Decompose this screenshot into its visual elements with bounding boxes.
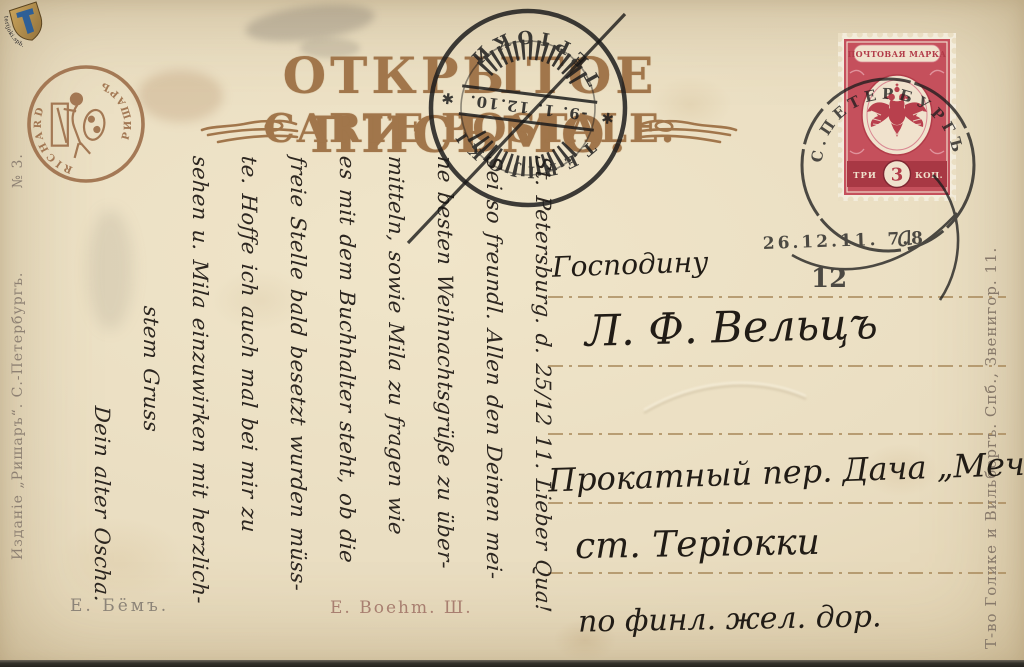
aux-postmark-number: 12: [811, 264, 847, 294]
cancellation-stroke: [390, 0, 660, 260]
petersburg-postmark: С.ПЕТЕРБУРГЪ 26.12.11. 7.8 a 12: [755, 55, 1005, 315]
message-line: es mit dem Buchhalter steht, ob die: [322, 154, 371, 667]
left-edge-imprint: Изданіе „Ришаръ“. С.-Петербургъ. № 3.: [10, 175, 40, 655]
flourish-left-icon: [200, 116, 300, 146]
address-line-rule: [548, 365, 1006, 367]
message-line: freie Stelle bald besetzt wurden müss-: [273, 154, 322, 667]
message-line: sehen u. Mila einzuwirken mit herzlich-: [175, 154, 224, 667]
address-station: ст. Теріокки: [575, 522, 821, 567]
address-line-rule: [548, 502, 1006, 504]
message-line: Dein alter Oscha.: [77, 154, 126, 667]
address-street: Прокатный пер. Дача „Мечта“: [548, 443, 1024, 500]
petersburg-ring-text: С.ПЕТЕРБУРГЪ: [808, 85, 968, 164]
scan-edge: [0, 660, 1024, 667]
collection-watermark: terijoki.spb.ru: [0, 0, 64, 60]
paper-crease: [640, 368, 810, 428]
message-line: te. Hoffe ich auch mal bei mir zu: [224, 154, 273, 667]
message-line: stem Gruss: [126, 154, 175, 667]
address-railway: по финл. жел. дор.: [578, 599, 882, 639]
ink-smudge: [243, 0, 376, 48]
series-number: № 3.: [10, 153, 26, 188]
logo-figure-icon: [45, 90, 112, 161]
publisher-imprint: Изданіе „Ришаръ“. С.-Петербургъ.: [10, 272, 26, 560]
address-line-rule: [548, 433, 1006, 435]
address-line-rule: [548, 572, 1006, 574]
postcard-scan: ОТКРЫТОЕ ПИСЬМО. CARTE POSTALE. RICHARD …: [0, 0, 1024, 667]
